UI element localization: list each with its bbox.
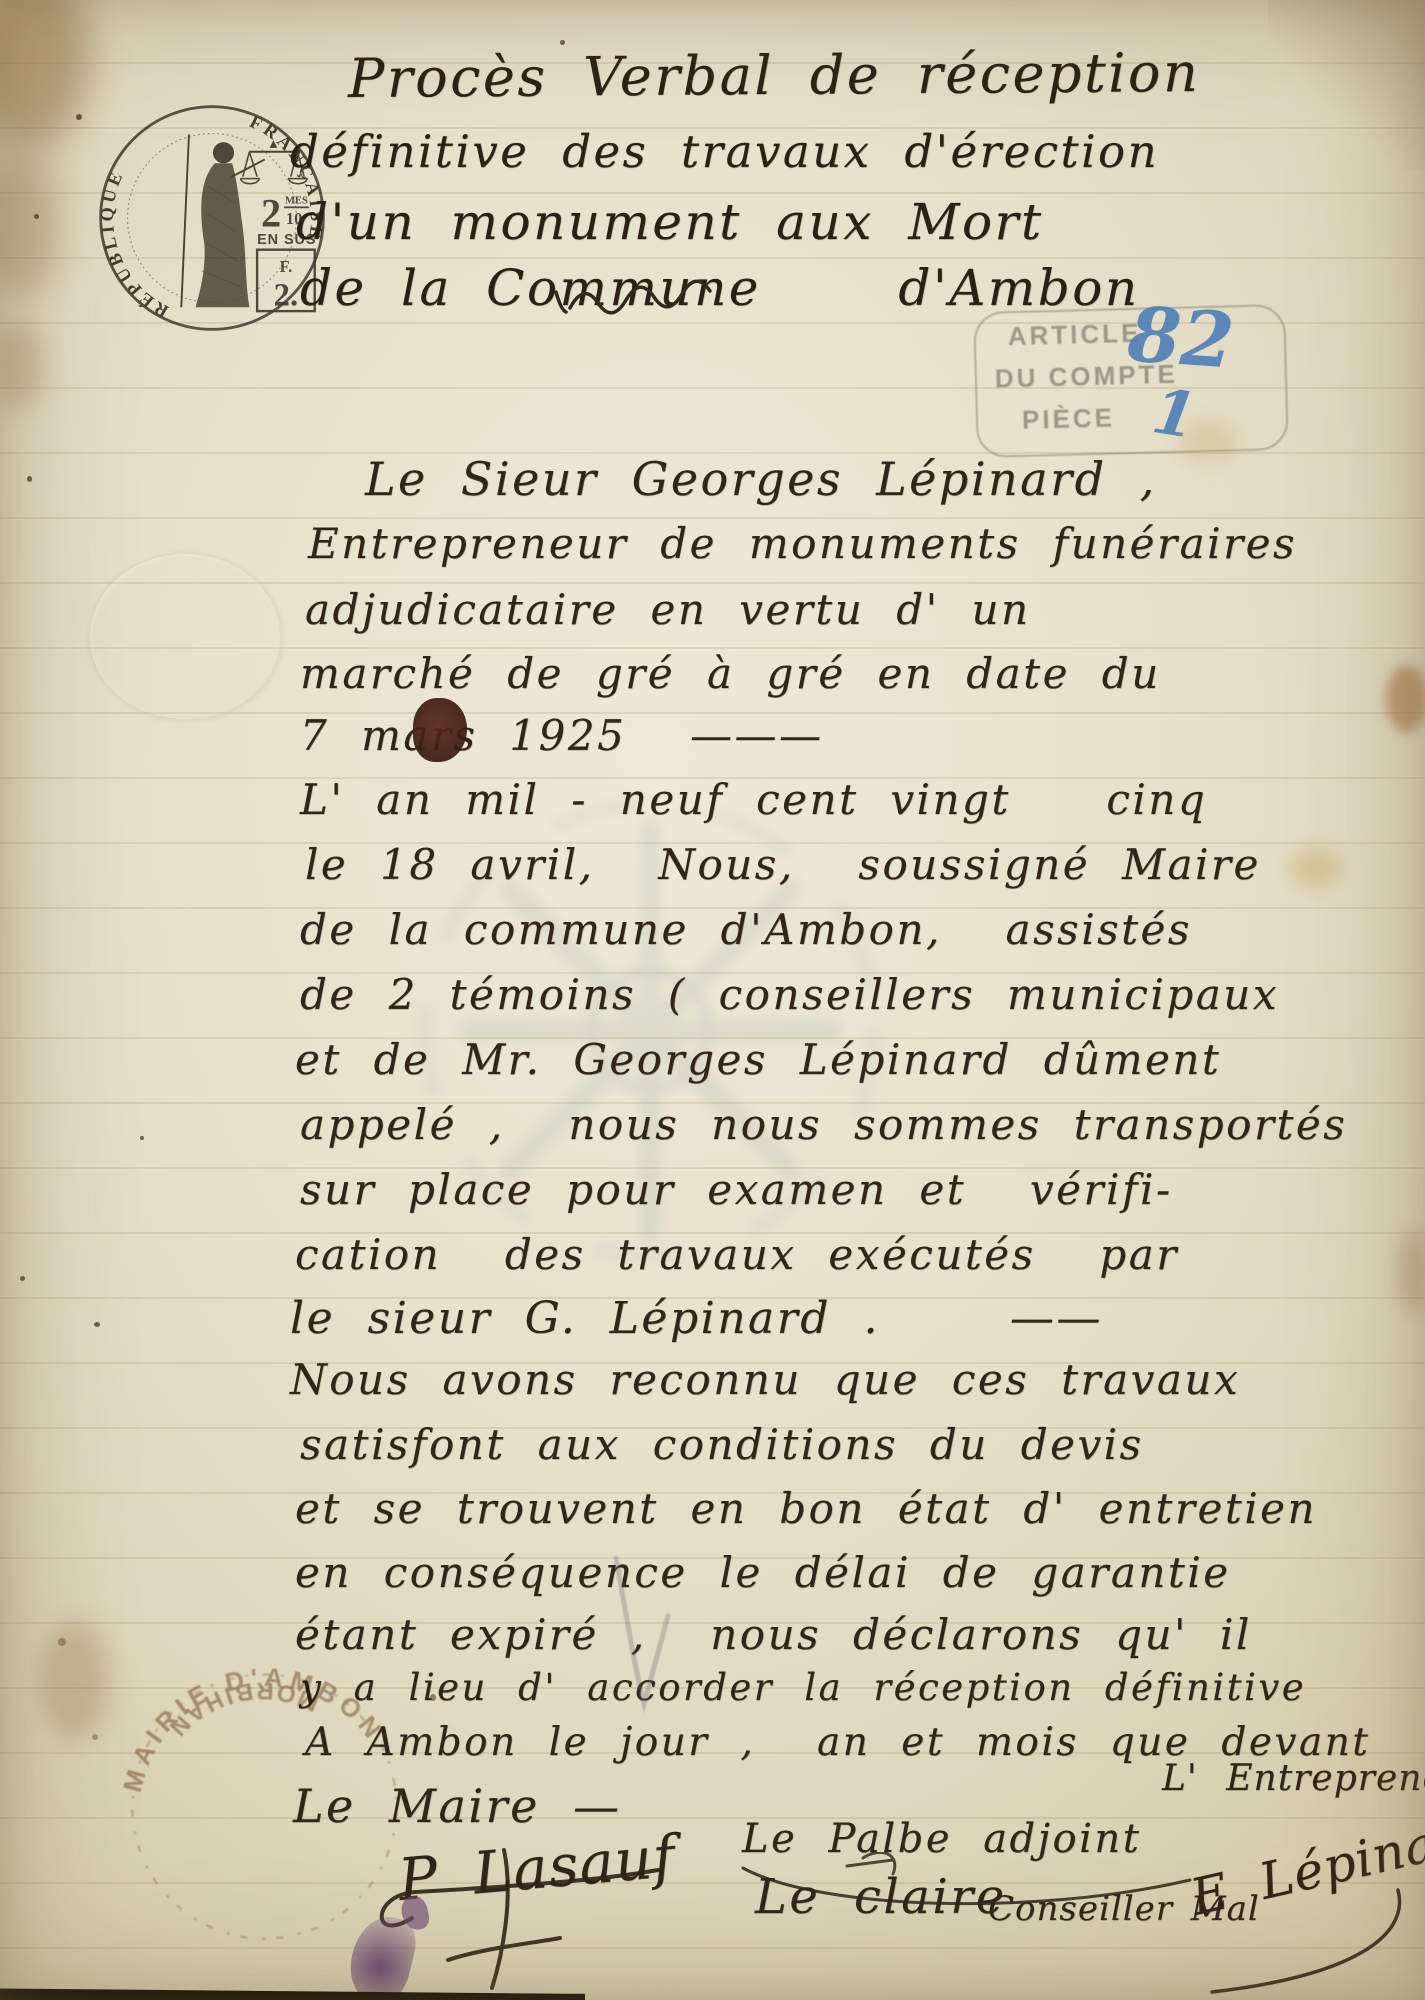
article-stamp-line: PIÈCE	[1022, 402, 1116, 435]
paper-speck	[560, 40, 565, 45]
paper-speck	[94, 1322, 100, 1327]
foxing-spot	[0, 150, 60, 300]
mairie-round-stamp: MAIRIE D'AMBON MORBIHAN	[84, 1627, 440, 1983]
body-line: Entrepreneur de monuments funéraires	[308, 522, 1297, 566]
body-line: en conséquence le délai de garantie	[295, 1551, 1231, 1595]
body-line: le 18 avril, Nous, soussigné Maire	[305, 843, 1261, 887]
paper-speck	[20, 1276, 25, 1281]
rate-value: 2	[261, 191, 281, 236]
paper-speck	[58, 1638, 66, 1646]
mayor-signature: P Lasauf	[396, 1826, 678, 1911]
foxing-spot	[0, 0, 90, 150]
body-line: marché de gré à gré en date du	[300, 652, 1161, 696]
body-line: de 2 témoins ( conseillers municipaux	[300, 973, 1279, 1017]
body-line: Nous avons reconnu que ces travaux	[290, 1358, 1240, 1402]
body-line: appelé , nous nous sommes transportés	[300, 1103, 1347, 1147]
paper-speck	[27, 476, 32, 482]
mairie-stamp-arc-top: MAIRIE D'AMBON	[97, 1637, 394, 1801]
paper-speck	[140, 1136, 144, 1140]
body-line: Le Sieur Georges Lépinard ,	[365, 455, 1157, 503]
body-line: cation des travaux exécutés par	[295, 1233, 1179, 1277]
scanned-document-page: RÉPUBLIQUE FRANÇAISE 2 MES 10 EN SUS F. …	[0, 0, 1425, 2000]
franc-value: 2.	[274, 277, 298, 313]
body-line: L' an mil - neuf cent vingt cinq	[300, 778, 1207, 822]
embossed-seal	[88, 552, 282, 721]
entrepreneur-label: L' Entrepreneur	[1162, 1760, 1425, 1798]
body-line: le sieur G. Lépinard . ——	[290, 1296, 1103, 1342]
foxing-spot	[0, 320, 45, 410]
body-line: et se trouvent en bon état d' entretien	[295, 1487, 1317, 1531]
clerk-signature-line: Le claire	[755, 1872, 1007, 1922]
franc-label: F.	[280, 257, 293, 276]
body-line: satisfont aux conditions du devis	[300, 1423, 1144, 1467]
article-stamp-line: ARTICLE	[1007, 318, 1141, 352]
adjoint-signature-line: Le Palbe adjoint	[742, 1818, 1141, 1860]
title-line: Procès Verbal de réception	[348, 45, 1201, 108]
paper-speck	[34, 214, 39, 219]
title-line: de la Commune d'Ambon	[300, 262, 1140, 315]
body-line: de la commune d'Ambon, assistés	[300, 908, 1192, 952]
body-line: sur place pour examen et vérifi-	[300, 1168, 1173, 1212]
title-line: d'un monument aux Mort	[296, 196, 1044, 249]
body-line: et de Mr. Georges Lépinard dûment	[295, 1038, 1221, 1082]
entrepreneur-signature: E Lépinard	[1186, 1804, 1425, 1924]
body-line: étant expiré , nous déclarons qu' il	[295, 1613, 1252, 1657]
blue-article-number: 82	[1125, 296, 1236, 379]
body-line: y a lieu d' accorder la réception défini…	[300, 1669, 1306, 1708]
foxing-spot	[1290, 848, 1342, 888]
body-line: 7 mars 1925 ———	[300, 714, 824, 758]
foxing-spot	[1386, 665, 1425, 733]
scan-edge-shadow	[0, 1984, 585, 2000]
body-line: adjudicataire en vertu d' un	[305, 588, 1031, 632]
corner-crease	[1268, 0, 1425, 170]
svg-text:MAIRIE D'AMBON: MAIRIE D'AMBON	[97, 1637, 394, 1801]
title-line: définitive des travaux d'érection	[290, 128, 1159, 175]
paper-speck	[76, 114, 82, 120]
foxing-spot	[1398, 1230, 1425, 1315]
